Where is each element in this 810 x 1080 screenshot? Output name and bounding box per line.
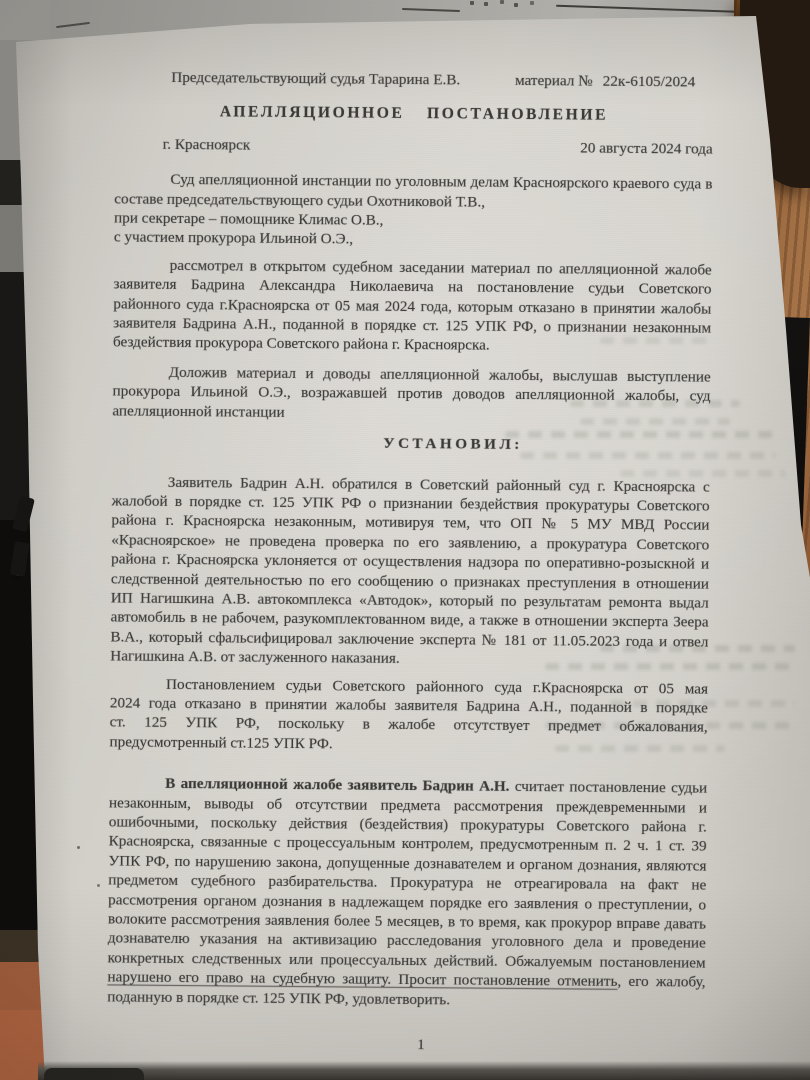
- material-label: материал №: [515, 71, 593, 91]
- document-header-row: Председательствующий судья Тарарина Е.В.…: [115, 67, 713, 92]
- place-date-row: г. Красноярск 20 августа 2024 года: [115, 134, 713, 159]
- table-edge-bottom: [38, 1061, 810, 1080]
- paragraph-applicant-complaint: Заявитель Бадрин А.Н. обратился в Советс…: [110, 472, 710, 671]
- staple-icon: [16, 546, 25, 576]
- paragraph-appeal-arguments: В апелляционной жалобе заявитель Бадрин …: [107, 774, 707, 1012]
- table-shadow-bottom: [44, 1068, 144, 1080]
- presiding-judge-line: Председательствующий судья Тарарина Е.В.: [171, 68, 460, 90]
- paragraph-case-reviewed: рассмотрел в открытом судебном заседании…: [113, 255, 712, 357]
- paragraph-court-composition: Суд апелляционной инстанции по уголовным…: [114, 170, 713, 253]
- document-title: АПЕЛЛЯЦИОННОЕ ПОСТАНОВЛЕНИЕ: [115, 102, 713, 127]
- resolution-heading: УСТАНОВИЛ:: [112, 431, 710, 456]
- date-label: 20 августа 2024 года: [580, 138, 713, 159]
- document-text: Председательствующий судья Тарарина Е.В.…: [107, 59, 714, 1057]
- staple-icon: [19, 501, 29, 527]
- paragraph-having-heard: Доложив материал и доводы апелляционной …: [112, 362, 710, 425]
- city-label: г. Красноярск: [163, 135, 251, 155]
- material-number-block: материал № 22к-6105/2024: [515, 71, 695, 92]
- cutoff-text-marks: [470, 1, 474, 5]
- paragraph-first-instance-ruling: Постановлением судьи Советского районног…: [109, 674, 708, 757]
- material-number: 22к-6105/2024: [603, 72, 696, 92]
